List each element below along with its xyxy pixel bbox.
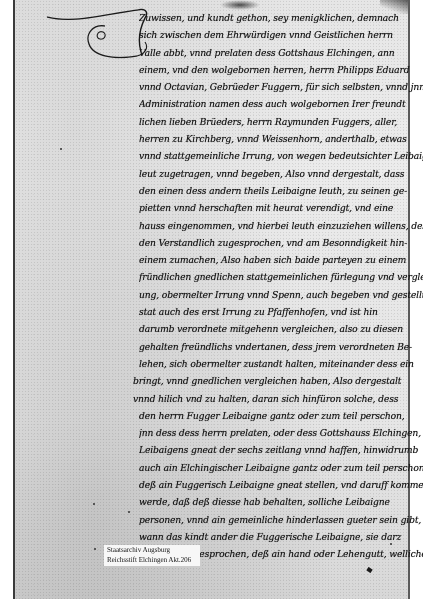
- manuscript-line: deß ain Fuggerisch Leibaigne gneat stell…: [139, 477, 423, 494]
- paper-speck: [94, 548, 96, 550]
- manuscript-line: lehen, sich obermelter zustandt halten, …: [139, 356, 423, 373]
- manuscript-line: leut zugetragen, vnnd begeben, Also vnnd…: [139, 166, 423, 183]
- manuscript-line: vnnd hilich vnd zu halten, daran sich hi…: [133, 391, 423, 408]
- ink-mark: [366, 567, 372, 573]
- manuscript-line: auch ain Elchingischer Leibaigne gantz o…: [139, 460, 423, 477]
- archive-label: Staatsarchiv Augsburg Reichsstift Elchin…: [104, 545, 200, 566]
- manuscript-line: Valle abbt, vnnd prelaten dess Gottshaus…: [139, 45, 423, 62]
- manuscript-line: personen, vnnd ain gemeinliche hinderlas…: [139, 512, 423, 529]
- ink-smudge: [220, 0, 260, 10]
- archive-label-reference: Reichsstift Elchingen Akt.206: [107, 556, 197, 566]
- manuscript-page: Zuwissen, und kundt gethon, sey menigkli…: [13, 0, 410, 599]
- manuscript-text: Zuwissen, und kundt gethon, sey menigkli…: [139, 10, 423, 564]
- manuscript-line: den Verstandlich zugesprochen, vnd am Be…: [139, 235, 423, 252]
- manuscript-line: darumb verordnete mitgehenn vergleichen,…: [139, 321, 423, 338]
- manuscript-line: pietten vnnd herschaften mit heurat vere…: [139, 200, 423, 217]
- manuscript-line: Leibaigens gneat der sechs zeitlang vnnd…: [139, 442, 423, 459]
- manuscript-line: hauss eingenommen, vnd hierbei leuth ein…: [139, 218, 423, 235]
- manuscript-line: gehalten freündlichs vndertanen, dess jr…: [139, 339, 423, 356]
- manuscript-line: werde, daß deß diesse hab behalten, soll…: [139, 494, 423, 511]
- manuscript-line: einem, vnd den wolgebornen herren, herrn…: [139, 62, 423, 79]
- paper-speck: [128, 511, 130, 513]
- manuscript-line: vnnd Octavian, Gebrüeder Fuggern, für si…: [139, 79, 423, 96]
- paper-speck: [390, 543, 392, 545]
- manuscript-line: einem zumachen, Also haben sich baide pa…: [139, 252, 423, 269]
- manuscript-line: stat auch des erst Irrung zu Pfaffenhofe…: [139, 304, 423, 321]
- manuscript-line: vnnd stattgemeinliche Irrung, von wegen …: [139, 148, 423, 165]
- manuscript-line: Zuwissen, und kundt gethon, sey menigkli…: [139, 10, 423, 27]
- manuscript-line: den einen dess andern theils Leibaigne l…: [139, 183, 423, 200]
- paper-speck: [93, 503, 95, 505]
- manuscript-line: sich zwischen dem Ehrwürdigen vnnd Geist…: [139, 27, 423, 44]
- manuscript-line: wann das kindt ander die Fuggerische Lei…: [139, 529, 423, 546]
- manuscript-line: Administration namen dess auch wolgeborn…: [139, 96, 423, 113]
- manuscript-line: fründlichen gnedlichen stattgemeinlichen…: [139, 269, 423, 286]
- manuscript-line: ung, obermelter Irrung vnnd Spenn, auch …: [139, 287, 423, 304]
- manuscript-line: herren zu Kirchberg, vnnd Weissenhorn, a…: [139, 131, 423, 148]
- paper-speck: [60, 148, 62, 150]
- manuscript-line: jnn dess dess herrn prelaten, oder dess …: [139, 425, 423, 442]
- manuscript-line: bringt, vnnd gnedlichen vergleichen habe…: [133, 373, 423, 390]
- manuscript-line: den herrn Fugger Leibaigne gantz oder zu…: [139, 408, 423, 425]
- archive-label-name: Staatsarchiv Augsburg: [107, 546, 197, 556]
- manuscript-line: lichen lieben Brüeders, herrn Raymunden …: [139, 114, 423, 131]
